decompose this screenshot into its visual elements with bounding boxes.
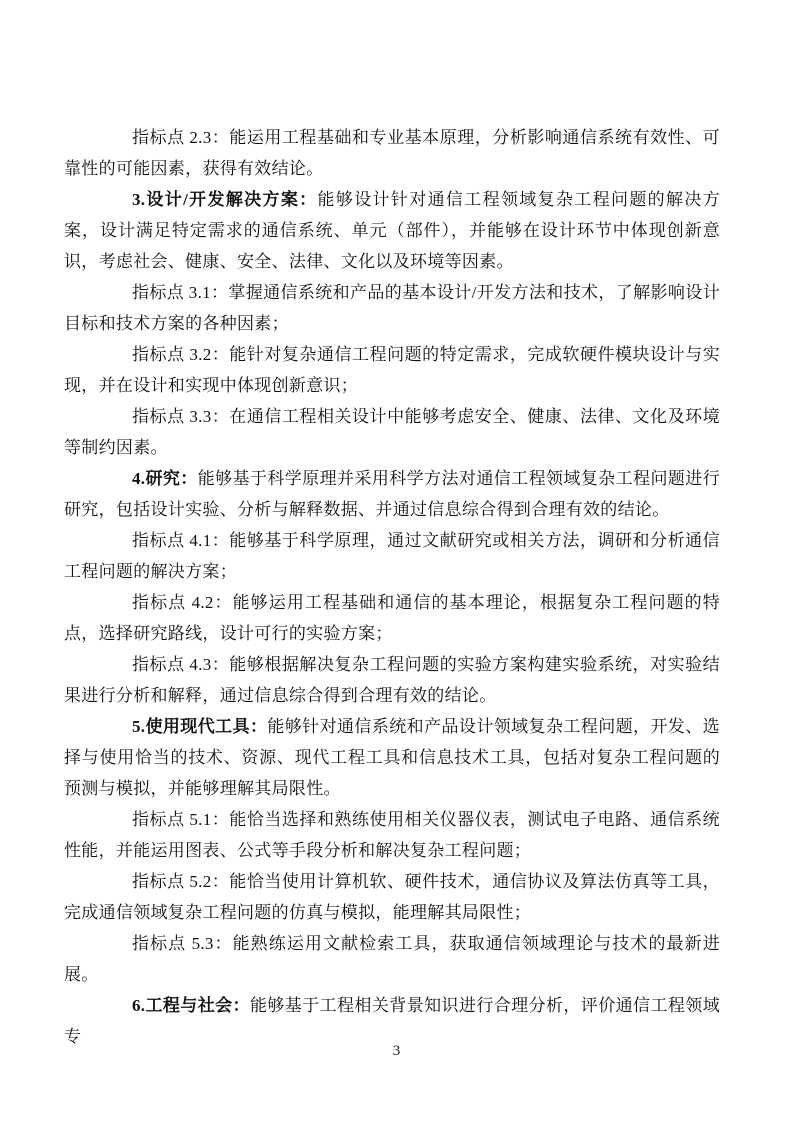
paragraph: 指标点 5.1：能恰当选择和熟练使用相关仪器仪表，测试电子电路、通信系统性能，并… — [64, 804, 720, 866]
paragraph-lead: 3.设计/开发解决方案： — [132, 190, 318, 209]
paragraph: 5.使用现代工具：能够针对通信系统和产品设计领域复杂工程问题，开发、选择与使用恰… — [64, 711, 720, 804]
paragraph: 指标点 5.2：能恰当使用计算机软、硬件技术，通信协议及算法仿真等工具，完成通信… — [64, 866, 720, 928]
document-page: 指标点 2.3：能运用工程基础和专业基本原理，分析影响通信系统有效性、可靠性的可… — [0, 0, 793, 1122]
paragraph: 指标点 3.2：能针对复杂通信工程问题的特定需求，完成软硬件模块设计与实现，并在… — [64, 339, 720, 401]
paragraph-text: 指标点 5.3：能熟练运用文献检索工具，获取通信领域理论与技术的最新进展。 — [64, 934, 720, 984]
paragraph-lead: 5.使用现代工具： — [132, 717, 267, 736]
paragraph-text: 指标点 2.3：能运用工程基础和专业基本原理，分析影响通信系统有效性、可靠性的可… — [64, 128, 720, 178]
paragraph-text: 指标点 4.3：能够根据解决复杂工程问题的实验方案构建实验系统，对实验结果进行分… — [64, 655, 720, 705]
paragraph: 3.设计/开发解决方案：能够设计针对通信工程领域复杂工程问题的解决方案，设计满足… — [64, 184, 720, 277]
document-body: 指标点 2.3：能运用工程基础和专业基本原理，分析影响通信系统有效性、可靠性的可… — [64, 122, 720, 1052]
page-number: 3 — [0, 1042, 793, 1060]
paragraph-text: 指标点 3.3：在通信工程相关设计中能够考虑安全、健康、法律、文化及环境等制约因… — [64, 407, 720, 457]
paragraph-text: 指标点 3.2：能针对复杂通信工程问题的特定需求，完成软硬件模块设计与实现，并在… — [64, 345, 720, 395]
paragraph: 指标点 2.3：能运用工程基础和专业基本原理，分析影响通信系统有效性、可靠性的可… — [64, 122, 720, 184]
paragraph-text: 指标点 4.1：能够基于科学原理，通过文献研究或相关方法，调研和分析通信工程问题… — [64, 531, 720, 581]
paragraph: 4.研究：能够基于科学原理并采用科学方法对通信工程领域复杂工程问题进行研究，包括… — [64, 463, 720, 525]
paragraph: 指标点 4.2：能够运用工程基础和通信的基本理论，根据复杂工程问题的特点，选择研… — [64, 587, 720, 649]
paragraph: 指标点 3.3：在通信工程相关设计中能够考虑安全、健康、法律、文化及环境等制约因… — [64, 401, 720, 463]
paragraph-text: 指标点 3.1：掌握通信系统和产品的基本设计/开发方法和技术，了解影响设计目标和… — [64, 283, 720, 333]
paragraph: 指标点 4.3：能够根据解决复杂工程问题的实验方案构建实验系统，对实验结果进行分… — [64, 649, 720, 711]
paragraph-text: 指标点 4.2：能够运用工程基础和通信的基本理论，根据复杂工程问题的特点，选择研… — [64, 593, 720, 643]
paragraph-text: 指标点 5.2：能恰当使用计算机软、硬件技术，通信协议及算法仿真等工具，完成通信… — [64, 872, 720, 922]
paragraph-lead: 4.研究： — [132, 469, 198, 488]
paragraph-lead: 6.工程与社会： — [132, 996, 250, 1015]
paragraph-text: 指标点 5.1：能恰当选择和熟练使用相关仪器仪表，测试电子电路、通信系统性能，并… — [64, 810, 720, 860]
paragraph: 指标点 5.3：能熟练运用文献检索工具，获取通信领域理论与技术的最新进展。 — [64, 928, 720, 990]
paragraph: 指标点 3.1：掌握通信系统和产品的基本设计/开发方法和技术，了解影响设计目标和… — [64, 277, 720, 339]
paragraph: 指标点 4.1：能够基于科学原理，通过文献研究或相关方法，调研和分析通信工程问题… — [64, 525, 720, 587]
